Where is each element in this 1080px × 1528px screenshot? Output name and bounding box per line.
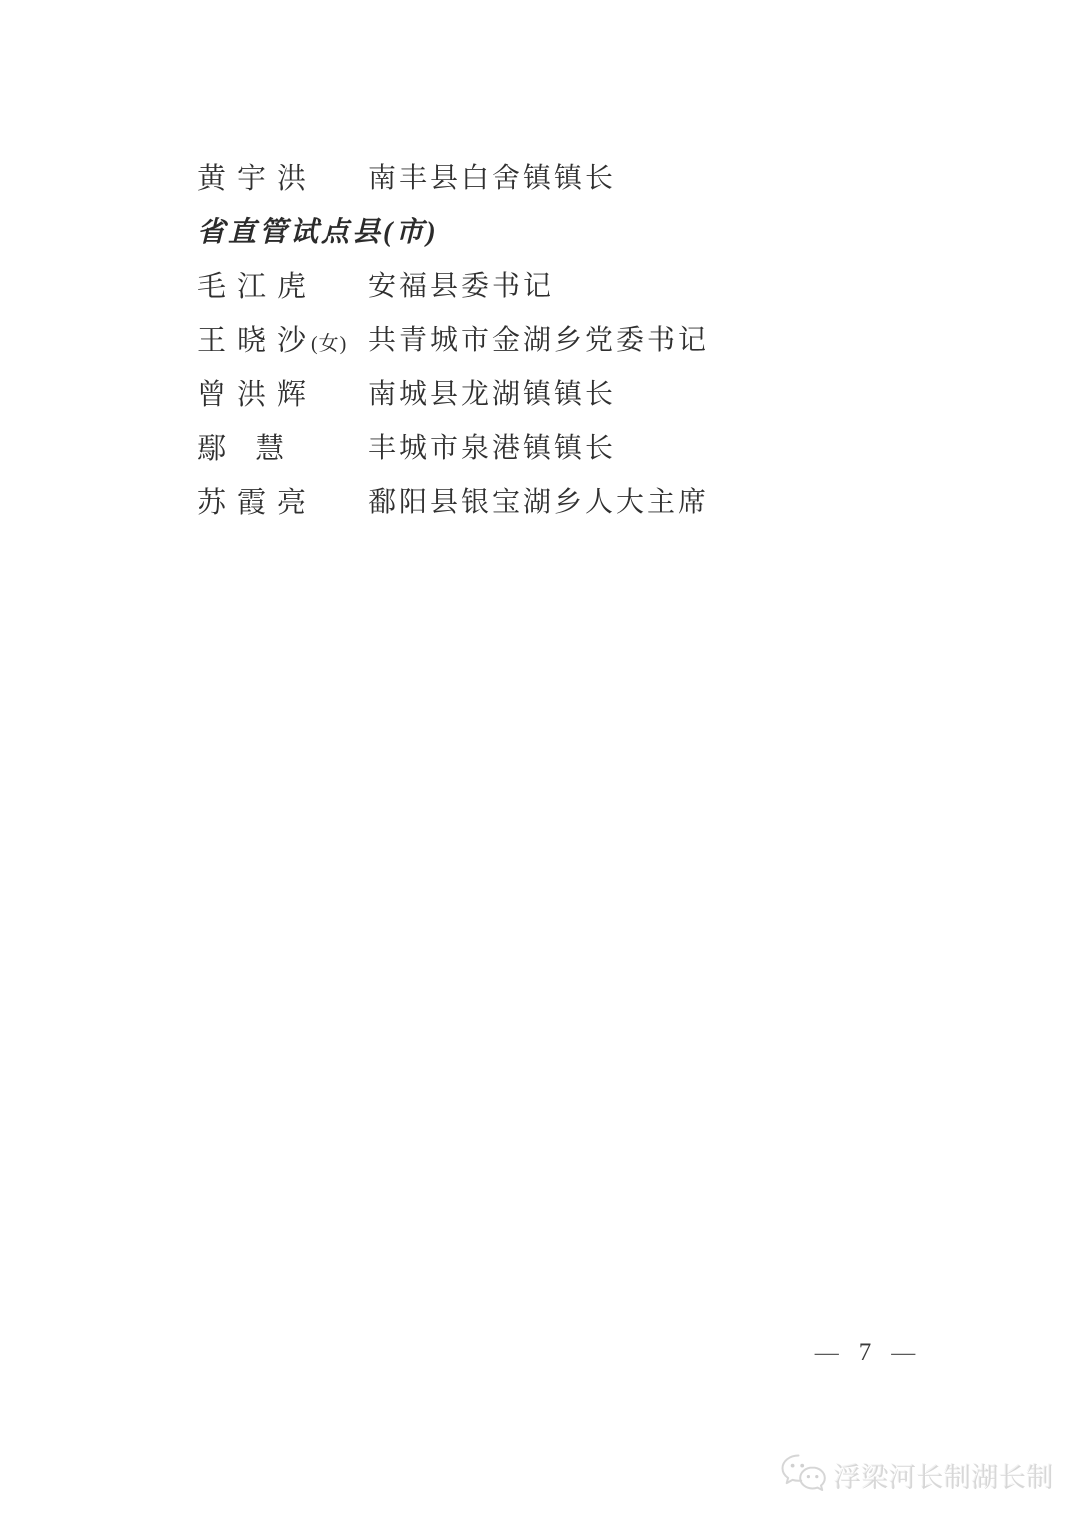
wechat-icon <box>779 1452 827 1498</box>
person-position: 鄱阳县银宝湖乡人大主席 <box>368 480 709 520</box>
person-name: 黄宇洪 <box>197 156 368 197</box>
section-heading-row: 省直管试点县(市) <box>197 203 709 257</box>
roster-row: 王晓沙(女) 共青城市金湖乡党委书记 <box>197 311 709 365</box>
person-position: 安福县委书记 <box>368 264 554 304</box>
person-position: 南丰县白舍镇镇长 <box>368 156 616 196</box>
person-name: 苏霞亮 <box>197 480 368 521</box>
person-position: 丰城市泉港镇镇长 <box>368 426 616 466</box>
page-number-left-dash: — <box>815 1341 839 1365</box>
page-number-right-dash: — <box>891 1341 915 1365</box>
document-page: 黄宇洪 南丰县白舍镇镇长 省直管试点县(市) 毛江虎 安福县委书记 王晓沙(女)… <box>0 0 1080 1528</box>
page-number: 7 <box>859 1339 872 1367</box>
page-number-footer: — 7 — <box>800 1338 930 1368</box>
person-position: 南城县龙湖镇镇长 <box>368 372 616 412</box>
person-name: 曾洪辉 <box>197 372 368 413</box>
roster-row: 黄宇洪 南丰县白舍镇镇长 <box>197 149 709 203</box>
roster-row: 鄢 慧 丰城市泉港镇镇长 <box>197 419 709 473</box>
watermark: 浮梁河长制湖长制 <box>779 1452 1054 1498</box>
person-name: 毛江虎 <box>197 264 368 305</box>
roster-row: 毛江虎 安福县委书记 <box>197 257 709 311</box>
roster-row: 苏霞亮 鄱阳县银宝湖乡人大主席 <box>197 473 709 527</box>
person-name-suffix: (女) <box>311 333 347 355</box>
watermark-text: 浮梁河长制湖长制 <box>834 1456 1054 1495</box>
section-heading: 省直管试点县(市) <box>197 210 439 250</box>
roster-row: 曾洪辉 南城县龙湖镇镇长 <box>197 365 709 419</box>
appointee-roster: 黄宇洪 南丰县白舍镇镇长 省直管试点县(市) 毛江虎 安福县委书记 王晓沙(女)… <box>197 149 709 527</box>
person-position: 共青城市金湖乡党委书记 <box>368 318 709 358</box>
person-name-text: 王晓沙 <box>197 325 317 357</box>
person-name: 王晓沙(女) <box>197 318 368 359</box>
person-name: 鄢 慧 <box>197 426 368 467</box>
